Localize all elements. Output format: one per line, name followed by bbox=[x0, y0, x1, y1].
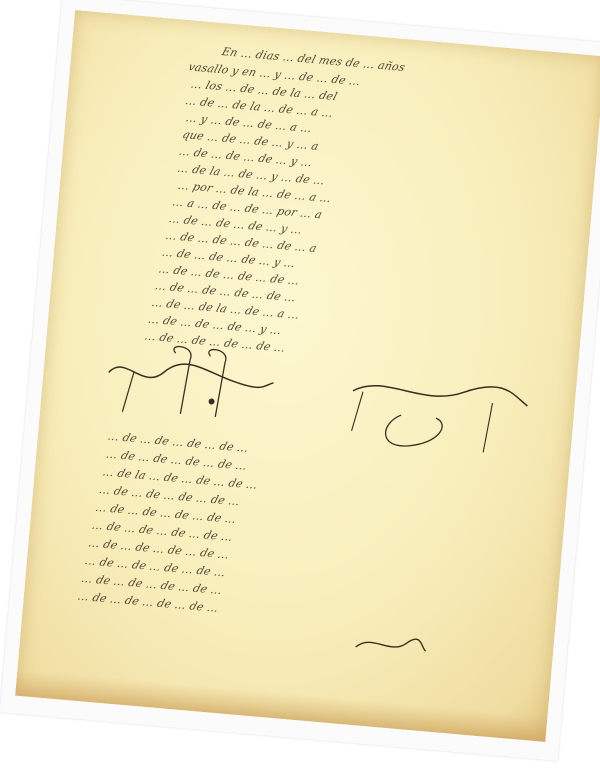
manuscript-page: En ... dias ... del mes de ... años vasa… bbox=[15, 10, 600, 742]
photo-mount: En ... dias ... del mes de ... años vasa… bbox=[0, 0, 600, 761]
text-block-lower: ... de ... de ... de ... de ... ... de .… bbox=[15, 10, 600, 742]
